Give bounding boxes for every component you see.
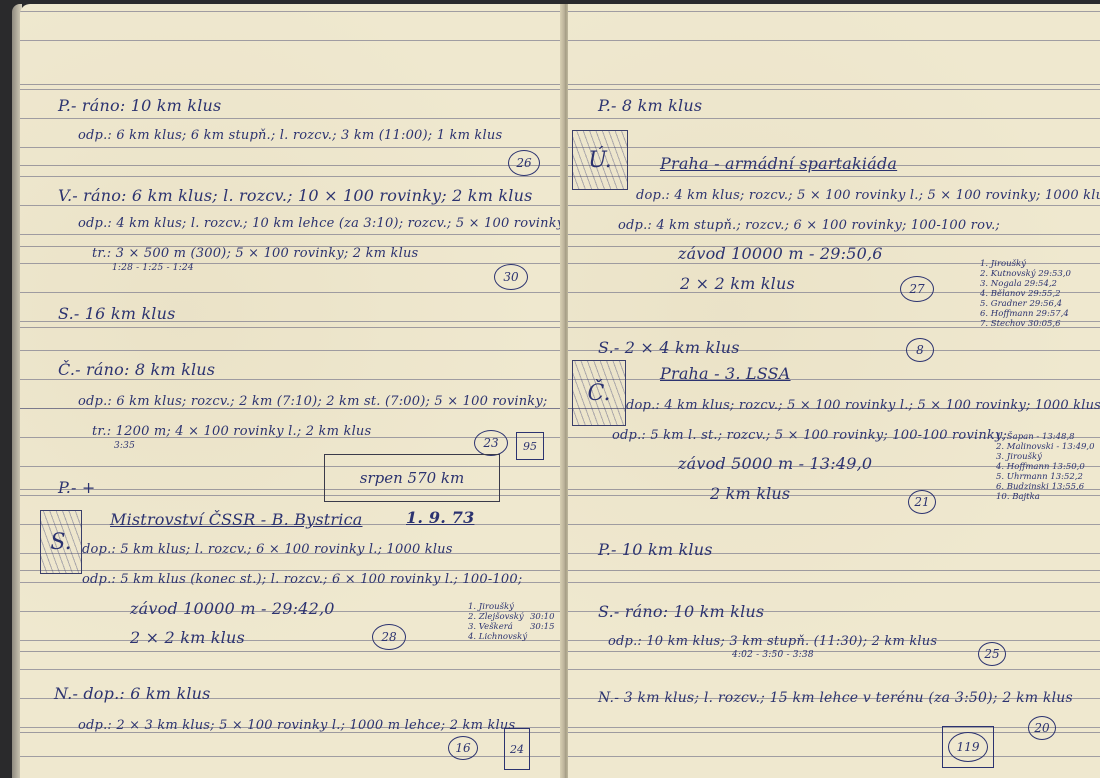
entry-line: dop.: 5 km klus; l. rozcv.; 6 × 100 rovi… [82,542,453,557]
placing: 3. Nogala 29:54,2 [980,279,1071,289]
placing: 2. Zlejšovský [468,612,527,622]
split-times: 4:02 - 3:50 - 3:38 [732,650,814,660]
monthly-total-box: srpen 570 km [324,454,500,502]
daily-total-circle: 28 [372,624,406,650]
race-title: Mistrovství ČSSR - B. Bystrica [110,510,362,529]
placing: 6. Hoffmann 29:57,4 [980,309,1071,319]
daily-total-circle: 8 [906,338,934,362]
placing-times: 30:10 30:15 [530,612,555,632]
race-result: závod 10000 m - 29:42,0 [130,599,335,618]
placing: 5. Uhrmann 13:52,2 [996,472,1095,482]
placing: 7. Stechov 30:05,6 [980,319,1071,329]
race-title: Praha - 3. LSSA [660,364,791,383]
daily-total-circle: 20 [1028,716,1056,740]
race-placings: 1. Šapan - 13:48,8 2. Malinovski - 13:49… [996,432,1095,502]
daily-total-circle: 21 [908,490,936,514]
entry-line: S.- 2 × 4 km klus [598,338,740,357]
daily-total-circle: 26 [508,150,540,176]
entry-line: V.- ráno: 6 km klus; l. rozcv.; 10 × 100… [58,186,533,205]
daily-total-circle: 25 [978,642,1006,666]
daily-total-circle: 30 [494,264,528,290]
placing: 3. Veškerá [468,622,527,632]
ruled-lines [20,4,562,778]
entry-line: P.- ráno: 10 km klus [58,96,221,115]
placing: 10. Bajtka [996,492,1095,502]
entry-line: 2 km klus [710,484,790,503]
entry-line: N.- 3 km klus; l. rozcv.; 15 km lehce v … [598,690,1073,706]
entry-line: dop.: 4 km klus; rozcv.; 5 × 100 rovinky… [636,188,1100,203]
entry-line: P.- 8 km klus [598,96,702,115]
placing: 2. Kutnovský 29:53,0 [980,269,1071,279]
entry-line: dop.: 4 km klus; rozcv.; 5 × 100 rovinky… [626,398,1100,413]
split-times: 3:35 [114,441,135,451]
entry-line: odp.: 4 km klus; l. rozcv.; 10 km lehce … [78,216,562,231]
daily-total-circle: 27 [900,276,934,302]
race-result: závod 5000 m - 13:49,0 [678,454,872,473]
entry-line: P.- + [58,478,96,497]
placing: 1. Jiroušký [468,602,527,612]
race-result: závod 10000 m - 29:50,6 [678,244,883,263]
right-page: P.- 8 km klus Ú. Praha - armádní spartak… [568,4,1100,778]
ruled-lines [568,4,1100,778]
race-placings: 1. Jiroušký 2. Kutnovský 29:53,0 3. Noga… [980,259,1071,329]
daily-total-circle: 23 [474,430,508,456]
placing: 4. Bělanov 29:55,2 [980,289,1071,299]
weekly-total-box: 24 [504,728,530,770]
placing: 6. Budzinski 13:55,6 [996,482,1095,492]
race-placings: 1. Jiroušký 2. Zlejšovský 3. Veškerá 4. … [468,602,527,642]
entry-line: odp.: 6 km klus; rozcv.; 2 km (7:10); 2 … [78,394,548,409]
entry-line: odp.: 10 km klus; 3 km stupň. (11:30); 2… [608,634,937,649]
weekly-total-circle: 119 [948,732,988,762]
day-stamp: S. [40,510,82,574]
entry-line: odp.: 4 km stupň.; rozcv.; 6 × 100 rovin… [618,218,1000,233]
placing: 1. Jiroušký [980,259,1071,269]
placing: 2. Malinovski - 13:49,0 [996,442,1095,452]
entry-line: odp.: 5 km klus (konec st.); l. rozcv.; … [82,572,522,587]
split-times: 1:28 - 1:25 - 1:24 [112,263,194,273]
entry-line: S.- 16 km klus [58,304,176,323]
placing: 4. Hoffmann 13:50,0 [996,462,1095,472]
entry-line: Č.- ráno: 8 km klus [58,360,215,379]
race-date: 1. 9. 73 [406,508,474,527]
left-page: P.- ráno: 10 km klus odp.: 6 km klus; 6 … [20,4,562,778]
placing: 1. Šapan - 13:48,8 [996,432,1095,442]
placing: 5. Gradner 29:56,4 [980,299,1071,309]
entry-line: P.- 10 km klus [598,540,713,559]
race-title: Praha - armádní spartakiáda [660,154,897,173]
placing-time: 30:15 [530,622,555,632]
entry-line: odp.: 6 km klus; 6 km stupň.; l. rozcv.;… [78,128,502,143]
entry-line: 2 × 2 km klus [130,628,245,647]
weekly-total-box: 119 [942,726,994,768]
weekly-total-box: 95 [516,432,544,460]
entry-line: N.- dop.: 6 km klus [54,684,211,703]
entry-line: S.- ráno: 10 km klus [598,602,764,621]
day-stamp: Č. [572,360,626,426]
entry-line: odp.: 5 km l. st.; rozcv.; 5 × 100 rovin… [612,428,1007,443]
entry-line: 2 × 2 km klus [680,274,795,293]
placing: 4. Lichnovský [468,632,527,642]
entry-line: odp.: 2 × 3 km klus; 5 × 100 rovinky l.;… [78,718,515,733]
day-stamp: Ú. [572,130,628,190]
daily-total-circle: 16 [448,736,478,760]
entry-line: tr.: 3 × 500 m (300); 5 × 100 rovinky; 2… [92,246,418,261]
placing: 3. Jiroušký [996,452,1095,462]
entry-line: tr.: 1200 m; 4 × 100 rovinky l.; 2 km kl… [92,424,371,439]
placing-time: 30:10 [530,612,555,622]
